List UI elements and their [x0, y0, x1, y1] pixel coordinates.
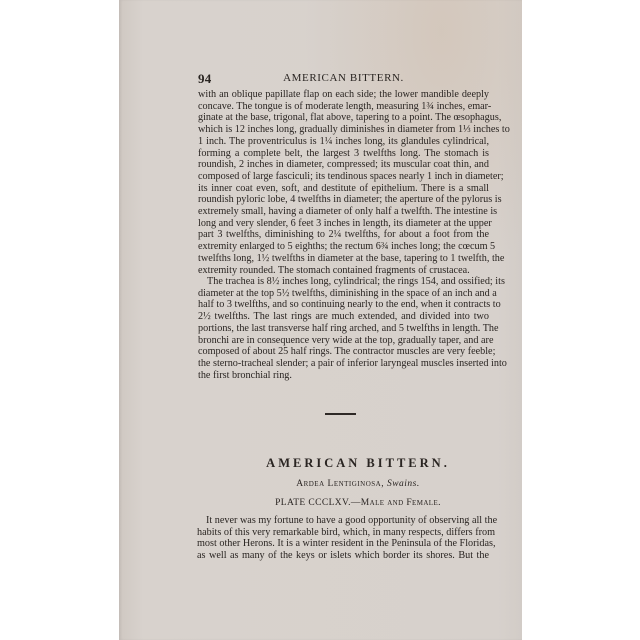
- text-line: roundish, 2 inches in diameter, compress…: [198, 159, 489, 171]
- text-line: the sterno-tracheal slender; a pair of i…: [198, 358, 489, 370]
- species-latin: Ardea Lentiginosa,: [296, 479, 384, 489]
- text-line: twelfths long, 1½ twelfths in diameter a…: [198, 253, 489, 265]
- text-line: 2½ twelfths. The last rings are much ext…: [198, 311, 489, 323]
- text-line: composed of about 25 half rings. The con…: [198, 346, 489, 358]
- running-head: 94 AMERICAN BITTERN.: [198, 72, 489, 88]
- text-line: half to 3 twelfths, and so continuing ne…: [198, 299, 489, 311]
- text-line: concave. The tongue is of moderate lengt…: [198, 101, 489, 113]
- text-line: its inner coat even, soft, and destitute…: [198, 183, 489, 195]
- text-line: most other Herons. It is a winter reside…: [197, 538, 489, 550]
- section-divider: [325, 413, 356, 415]
- text-line: habits of this very remarkable bird, whi…: [197, 527, 489, 539]
- text-line: bronchi are in consequence very wide at …: [198, 335, 489, 347]
- text-line: diameter at the top 5½ twelfths, diminis…: [198, 288, 489, 300]
- plate-number: PLATE CCCLXV.—: [275, 498, 361, 508]
- text-line: part 3 twelfths, diminishing to 2¼ twelf…: [198, 229, 489, 241]
- text-line: It never was my fortune to have a good o…: [197, 515, 489, 527]
- narrative-paragraph: It never was my fortune to have a good o…: [197, 515, 489, 562]
- running-head-title: AMERICAN BITTERN.: [198, 72, 489, 84]
- text-line: the first bronchial ring.: [198, 370, 489, 382]
- text-line: extremity rounded. The stomach contained…: [198, 265, 489, 277]
- text-line: portions, the last transverse half ring …: [198, 323, 489, 335]
- text-line: as well as many of the keys or islets wh…: [197, 550, 489, 562]
- text-line: extremity enlarged to 5 eighths; the rec…: [198, 241, 489, 253]
- text-line: 1 inch. The proventriculus is 1¼ inches …: [198, 136, 489, 148]
- text-line: long and very slender, 6 feet 3 inches i…: [198, 218, 489, 230]
- plate-subject: Male and Female.: [361, 498, 441, 508]
- species-name: Ardea Lentiginosa, Swains.: [198, 479, 518, 489]
- text-line: ginate at the base, trigonal, flat above…: [198, 112, 489, 124]
- text-line: The trachea is 8½ inches long, cylindric…: [198, 276, 489, 288]
- anatomy-paragraph-1: with an oblique papillate flap on each s…: [198, 89, 489, 276]
- section-title: AMERICAN BITTERN.: [198, 456, 518, 471]
- anatomy-paragraph-2: The trachea is 8½ inches long, cylindric…: [198, 276, 489, 381]
- text-line: with an oblique papillate flap on each s…: [198, 89, 489, 101]
- text-line: roundish pyloric lobe, 4 twelfths in dia…: [198, 194, 489, 206]
- text-line: extremely small, having a diameter of on…: [198, 206, 489, 218]
- plate-caption: PLATE CCCLXV.—Male and Female.: [198, 498, 518, 508]
- species-author: Swains.: [387, 479, 420, 489]
- text-line: forming a complete belt, the largest 3 t…: [198, 148, 489, 160]
- text-line: composed of large fasciculi; its tendino…: [198, 171, 489, 183]
- book-page: 94 AMERICAN BITTERN. with an oblique pap…: [119, 0, 522, 640]
- text-line: which is 12 inches long, gradually dimin…: [198, 124, 489, 136]
